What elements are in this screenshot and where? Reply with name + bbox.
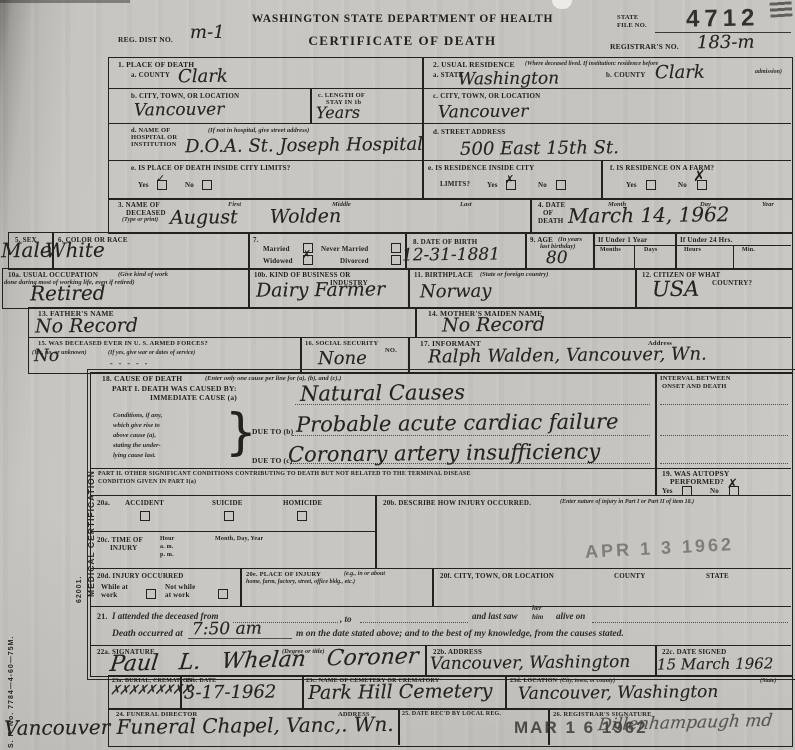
grid-line bbox=[415, 307, 417, 337]
field-18-due-c-label: DUE TO (c) bbox=[252, 457, 292, 466]
field-10a-label: 10a. USUAL OCCUPATION bbox=[8, 271, 98, 279]
field-20c-label-2: INJURY bbox=[110, 544, 137, 552]
grid-line bbox=[408, 268, 410, 307]
field-2-note-2: admission) bbox=[755, 69, 782, 76]
field-21-num: 21. bbox=[97, 612, 108, 621]
field-23b-value: 3-17-1962 bbox=[184, 682, 277, 704]
field-3-label-1: 3. NAME OF bbox=[118, 201, 160, 209]
field-1b-value: Vancouver bbox=[134, 100, 225, 121]
field-10b-value: Dairy Farmer bbox=[256, 278, 385, 301]
field-21-him: him bbox=[532, 614, 543, 621]
field-20c-label-1: 20c. TIME OF bbox=[97, 536, 143, 544]
grid-line bbox=[425, 645, 427, 675]
field-19-yes-label: Yes bbox=[662, 487, 673, 495]
field-18-cond-line-3: stating the under- bbox=[113, 442, 161, 450]
field-17-value: Ralph Walden, Vancouver, Wn. bbox=[428, 344, 707, 368]
field-2d-value: 500 East 15th St. bbox=[460, 137, 619, 160]
field-20a-suicide-checkbox bbox=[224, 511, 234, 521]
grid-line bbox=[505, 675, 507, 708]
field-8-value: 12-31-1881 bbox=[402, 244, 500, 265]
field-22b-value: Vancouver, Washington bbox=[430, 652, 631, 674]
field-7-married-label: Married bbox=[263, 245, 290, 253]
field-18-interval-label-2: ONSET AND DEATH bbox=[662, 383, 727, 391]
field-7-divorced-label: Divorced bbox=[340, 257, 369, 265]
grid-line bbox=[525, 232, 527, 268]
field-6-value: White bbox=[45, 238, 105, 263]
grid-line bbox=[432, 568, 434, 606]
field-21-time-value: 7:50 am bbox=[192, 619, 262, 640]
grid-line bbox=[375, 495, 377, 568]
field-19-no-label: No bbox=[710, 487, 719, 495]
field-18-part2-label-2: CONDITION GIVEN IN PART I(a) bbox=[98, 479, 196, 486]
grid-line bbox=[593, 245, 791, 246]
registrar-no-label: REGISTRAR'S NO. bbox=[610, 43, 679, 52]
field-20d-label: 20d. INJURY OCCURRED bbox=[97, 572, 184, 580]
field-20e-note-1: (e.g., in or about bbox=[344, 571, 385, 578]
field-20e-label: 20e. PLACE OF INJURY bbox=[246, 571, 321, 579]
field-16-value: None bbox=[318, 348, 367, 370]
field-20a-accident-checkbox bbox=[140, 511, 150, 521]
field-20d-while-label-1: While at bbox=[101, 583, 128, 591]
field-2f-yes-label: Yes bbox=[626, 181, 637, 189]
field-2d-label: d. STREET ADDRESS bbox=[433, 128, 505, 136]
field-1a-value: Clark bbox=[178, 66, 228, 88]
cert-title: CERTIFICATE OF DEATH bbox=[280, 34, 525, 48]
grid-line bbox=[90, 531, 375, 532]
grid-line bbox=[28, 337, 791, 338]
field-20c-hour-header: Hour bbox=[160, 536, 174, 543]
field-18-cause-b: Probable acute cardiac failure bbox=[296, 409, 619, 436]
field-13-value: No Record bbox=[35, 314, 138, 337]
field-22c-value: 15 March 1962 bbox=[657, 654, 774, 673]
field-10a-note-1: (Give kind of work bbox=[118, 271, 168, 279]
field-23d-note-2: (State) bbox=[760, 678, 776, 685]
field-20f-state-header: STATE bbox=[706, 572, 729, 580]
field-11-note: (State or foreign country) bbox=[480, 271, 548, 279]
grid-line bbox=[593, 232, 595, 268]
field-21-her: her bbox=[532, 605, 542, 612]
field-20a-accident-label: ACCIDENT bbox=[125, 499, 164, 507]
field-9-hours-header: Hours bbox=[684, 247, 701, 254]
grid-line bbox=[634, 245, 635, 268]
field-20d-not-checkbox bbox=[218, 589, 228, 599]
field-9-under1-header: If Under 1 Year bbox=[598, 236, 647, 244]
grid-line bbox=[675, 232, 677, 268]
field-19-no-checkmark: ✗ bbox=[727, 480, 738, 490]
field-21-text-6: m on the date stated above; and to the b… bbox=[296, 629, 624, 640]
field-1e-yes-checkmark: ✓ bbox=[156, 174, 165, 184]
field-1e-no-label: No bbox=[185, 181, 194, 189]
field-11-value: Norway bbox=[420, 281, 492, 303]
field-2f-no-label: No bbox=[678, 181, 687, 189]
field-14-value: No Record bbox=[442, 313, 545, 336]
field-9-days-header: Days bbox=[644, 247, 657, 254]
field-7-widowed-checkmark: ✗ bbox=[302, 250, 311, 260]
field-2f-yes-checkbox bbox=[646, 180, 656, 190]
field-23a-scribble: ✗✗✗✗✗✗✗✗✗ bbox=[110, 683, 190, 699]
field-25-label: 25. DATE REC'D BY LOCAL REG. bbox=[402, 711, 501, 718]
reg-dist-value: m-1 bbox=[190, 22, 225, 43]
field-15-note-2: (If yes, give war or dates of service) bbox=[108, 350, 195, 357]
grid-line bbox=[310, 88, 312, 123]
state-file-number: 4712 bbox=[686, 4, 760, 33]
scan-artifact-corner-mark bbox=[770, 1, 793, 17]
field-24-value: Vancouver Funeral Chapel, Vanc,. Wn. bbox=[4, 712, 394, 740]
field-16-label-2: NO. bbox=[385, 347, 397, 355]
state-file-label-2: FILE NO. bbox=[617, 22, 647, 30]
field-21-line-alive bbox=[592, 622, 788, 623]
grid-line bbox=[655, 372, 657, 468]
field-15-dashes: - - - - - bbox=[110, 359, 149, 368]
field-2b-value: Clark bbox=[655, 62, 705, 84]
field-18-cause-a: Natural Causes bbox=[300, 380, 465, 406]
death-certificate-scan: WASHINGTON STATE DEPARTMENT OF HEALTH CE… bbox=[0, 0, 795, 750]
field-1d-value: D.O.A. St. Joseph Hospital bbox=[185, 134, 423, 157]
grid-line bbox=[108, 160, 791, 161]
field-18-cond-line-1: which give rise to bbox=[113, 422, 160, 430]
field-21-text-4: alive on bbox=[556, 611, 585, 621]
field-9-value: 80 bbox=[546, 248, 568, 268]
field-9-min-header: Min. bbox=[742, 247, 755, 254]
field-10b-label-1: 10b. KIND OF BUSINESS OR bbox=[254, 271, 351, 279]
field-2e-no-label: No bbox=[538, 181, 547, 189]
field-20d-not-label-2: at work bbox=[165, 591, 190, 599]
field-18-label: 18. CAUSE OF DEATH bbox=[102, 375, 182, 384]
field-3-note: (Type or print) bbox=[122, 217, 158, 224]
grid-line bbox=[248, 268, 250, 307]
field-20d-while-checkbox bbox=[146, 589, 156, 599]
grid-line bbox=[90, 645, 791, 646]
field-2f-no-checkmark: ✗ bbox=[693, 171, 706, 181]
field-20b-note: (Enter nature of injury in Part I or Par… bbox=[560, 499, 694, 506]
field-20a-homicide-checkbox bbox=[297, 511, 307, 521]
grid-line bbox=[601, 160, 603, 198]
field-4-value: March 14, 1962 bbox=[568, 202, 730, 228]
grid-line bbox=[530, 198, 532, 232]
field-20a-suicide-label: SUICIDE bbox=[212, 499, 243, 507]
field-1a-label: a. COUNTY bbox=[131, 71, 170, 79]
interval-c-line bbox=[660, 463, 788, 464]
field-4-year-header: Year bbox=[762, 201, 774, 209]
field-2e-yes-label: Yes bbox=[487, 181, 498, 189]
field-1e-no-checkbox bbox=[202, 180, 212, 190]
dept-title: WASHINGTON STATE DEPARTMENT OF HEALTH bbox=[230, 13, 575, 25]
field-2c-value: Vancouver bbox=[438, 102, 529, 123]
state-file-label-1: STATE bbox=[617, 14, 638, 22]
interval-b-line bbox=[660, 435, 788, 436]
field-16-label: 16. SOCIAL SECURITY bbox=[305, 340, 378, 348]
field-3-label-2: DECEASED bbox=[126, 209, 166, 217]
field-12-value: USA bbox=[652, 277, 699, 301]
grid-line bbox=[733, 245, 734, 268]
field-20c-mdy-header: Month, Day, Year bbox=[215, 536, 263, 543]
field-18-interval-label-1: INTERVAL BETWEEN bbox=[660, 375, 731, 383]
grid-line bbox=[240, 568, 242, 606]
field-11-label: 11. BIRTHPLACE bbox=[414, 271, 473, 279]
grid-line bbox=[635, 268, 637, 307]
field-18-cond-line-0: Conditions, if any, bbox=[113, 412, 162, 420]
field-20c-pm-header: p. m. bbox=[160, 552, 174, 559]
grid-line bbox=[300, 337, 302, 372]
field-21-text-5: Death occurred at bbox=[112, 629, 183, 640]
field-2e-yes-checkmark: ✗ bbox=[505, 175, 514, 185]
field-21-line-to bbox=[360, 622, 468, 623]
field-21-text-3: and last saw bbox=[472, 611, 518, 621]
grid-line bbox=[302, 675, 304, 708]
field-7-divorced-checkbox bbox=[391, 255, 401, 265]
field-20a-homicide-label: HOMICIDE bbox=[283, 499, 322, 507]
reg-dist-label: REG. DIST NO. bbox=[118, 36, 173, 45]
field-18-part2-label-1: PART II. OTHER SIGNIFICANT CONDITIONS CO… bbox=[98, 471, 471, 478]
interval-a-line bbox=[660, 404, 788, 405]
field-20e-note-2: home, farm, factory, street, office bldg… bbox=[246, 579, 355, 586]
field-2-note-1: (Where deceased lived. If institution: r… bbox=[525, 61, 658, 68]
field-21-text-2: , to bbox=[340, 614, 352, 624]
field-20b-label: 20b. DESCRIBE HOW INJURY OCCURRED. bbox=[383, 499, 531, 507]
field-18-due-b-label: DUE TO (b) bbox=[252, 428, 293, 437]
field-7-never-married-checkbox bbox=[391, 243, 401, 253]
field-2a-value: Washington bbox=[458, 68, 559, 89]
field-18-cond-line-4: lying cause last. bbox=[113, 452, 156, 460]
margin-medical-certification: MEDICAL CERTIFICATION bbox=[86, 382, 96, 597]
field-20a-num: 20a. bbox=[97, 499, 110, 507]
grid-line bbox=[248, 232, 250, 268]
field-12-label-2: COUNTRY? bbox=[712, 279, 752, 287]
field-18-cause-c: Coronary artery insufficiency bbox=[288, 439, 600, 466]
field-4-label-1: 4. DATE bbox=[538, 201, 565, 209]
field-1d-label-3: INSTITUTION bbox=[131, 141, 177, 149]
field-7-label: 7. bbox=[253, 236, 259, 244]
grid-line bbox=[90, 568, 791, 569]
field-18-cond-line-2: above cause (a), bbox=[113, 432, 156, 440]
field-10a-value: Retired bbox=[30, 281, 106, 306]
field-7-never-married-label: Never Married bbox=[321, 245, 368, 253]
scan-artifact-top-sliver bbox=[0, 0, 130, 3]
field-2e-label-2: LIMITS? bbox=[440, 180, 470, 188]
field-18-immediate-label: IMMEDIATE CAUSE (a) bbox=[150, 394, 237, 403]
field-3-value: August Wolden bbox=[170, 205, 341, 229]
field-1d-note: (If not in hospital, give street address… bbox=[208, 127, 309, 135]
grid-line bbox=[108, 123, 791, 124]
field-20f-label: 20f. CITY, TOWN, OR LOCATION bbox=[440, 572, 554, 580]
field-19-label-2: PERFORMED? bbox=[670, 478, 724, 487]
field-2c-label: c. CITY, TOWN, OR LOCATION bbox=[433, 92, 540, 100]
field-9-months-header: Months bbox=[600, 247, 621, 254]
field-1e-label: e. IS PLACE OF DEATH INSIDE CITY LIMITS? bbox=[131, 164, 290, 172]
field-20c-am-header: a. m. bbox=[160, 544, 174, 551]
grid-line bbox=[422, 57, 424, 198]
field-9-under24-header: If Under 24 Hrs. bbox=[680, 236, 732, 244]
field-7-widowed-label: Widowed bbox=[263, 257, 293, 265]
grid-line bbox=[90, 606, 791, 607]
grid-line bbox=[108, 88, 791, 89]
field-20f-county-header: COUNTY bbox=[614, 572, 646, 580]
field-2b-label: b. COUNTY bbox=[606, 71, 646, 79]
field-3-last-header: Last bbox=[460, 201, 472, 209]
field-15-label: 15. WAS DECEASED EVER IN U. S. ARMED FOR… bbox=[38, 340, 208, 348]
scan-artifact-hole bbox=[552, 0, 572, 9]
field-19-yes-checkbox bbox=[682, 486, 692, 496]
field-4-label-3: DEATH bbox=[538, 217, 563, 225]
field-1c-value: Years bbox=[316, 103, 360, 122]
margin-code: 62001. bbox=[76, 545, 83, 603]
grid-line bbox=[655, 468, 657, 495]
field-20d-not-label-1: Not while bbox=[165, 583, 195, 591]
field-2e-label-1: e. IS RESIDENCE INSIDE CITY bbox=[428, 164, 534, 172]
field-15-value: No bbox=[34, 346, 59, 366]
field-23d-value: Vancouver, Washington bbox=[518, 682, 719, 704]
registrar-no-value: 183-m bbox=[697, 32, 755, 54]
field-1e-yes-label: Yes bbox=[138, 181, 149, 189]
field-23c-value: Park Hill Cemetery bbox=[308, 680, 493, 704]
field-20d-while-label-2: work bbox=[101, 591, 117, 599]
grid-line bbox=[408, 337, 410, 372]
field-2e-no-checkbox bbox=[556, 180, 566, 190]
grid-line bbox=[398, 708, 400, 745]
field-4-label-2: OF bbox=[543, 209, 553, 217]
